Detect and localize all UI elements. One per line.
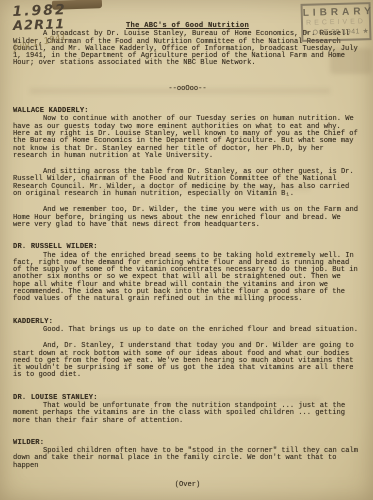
speech-block: WILDER: Spoiled children often have to b… xyxy=(13,440,362,470)
over-footer: (Over) xyxy=(13,482,362,489)
speaker-name: DR. LOUISE STANLEY: xyxy=(13,395,362,402)
speech-paragraph: And sitting across the table from Dr. St… xyxy=(13,169,362,198)
typewritten-content: The ABC's of Good Nutrition A broadcast … xyxy=(13,0,362,489)
stamp-received-line: RECEIVED xyxy=(303,18,369,27)
speech-block: WALLACE KADDERLY: Now to continue with a… xyxy=(13,108,362,229)
speaker-name: KADDERLY: xyxy=(13,319,362,326)
library-received-stamp: LIBRARY RECEIVED ★ OCT 30 1941 ★ xyxy=(301,2,372,42)
stamp-date-line: ★ OCT 30 1941 ★ xyxy=(303,27,369,37)
speech-paragraph: The idea of the enriched bread seems to … xyxy=(13,253,362,304)
speech-paragraph: That would be unfortunate from the nutri… xyxy=(13,403,362,425)
speech-paragraph: Good. That brings us up to date on the e… xyxy=(13,327,362,334)
section-divider: --ooOoo-- xyxy=(13,86,362,93)
handwritten-catalog-annotation: 1.982 A2R11 July 1, 1941 xyxy=(12,3,68,50)
speech-block: KADDERLY: Good. That brings us up to dat… xyxy=(13,319,362,380)
speech-block: DR. LOUISE STANLEY: That would be unfort… xyxy=(13,395,362,425)
speech-paragraph: And, Dr. Stanley, I understand that toda… xyxy=(13,343,362,379)
handwritten-call-code: A2R11 xyxy=(13,18,68,34)
speech-paragraph: Now to continue with another of our Tues… xyxy=(13,116,362,160)
speech-block: DR. RUSSELL WILDER: The idea of the enri… xyxy=(13,244,362,303)
speech-paragraph: And we remember too, Dr. Wilder, the tim… xyxy=(13,207,362,229)
speech-paragraph: Spoiled children often have to be "stood… xyxy=(13,448,362,470)
stamp-library-line: LIBRARY xyxy=(303,6,369,19)
scanned-document-page: 1.982 A2R11 July 1, 1941 LIBRARY RECEIVE… xyxy=(0,0,373,500)
speaker-name: DR. RUSSELL WILDER: xyxy=(13,244,362,251)
